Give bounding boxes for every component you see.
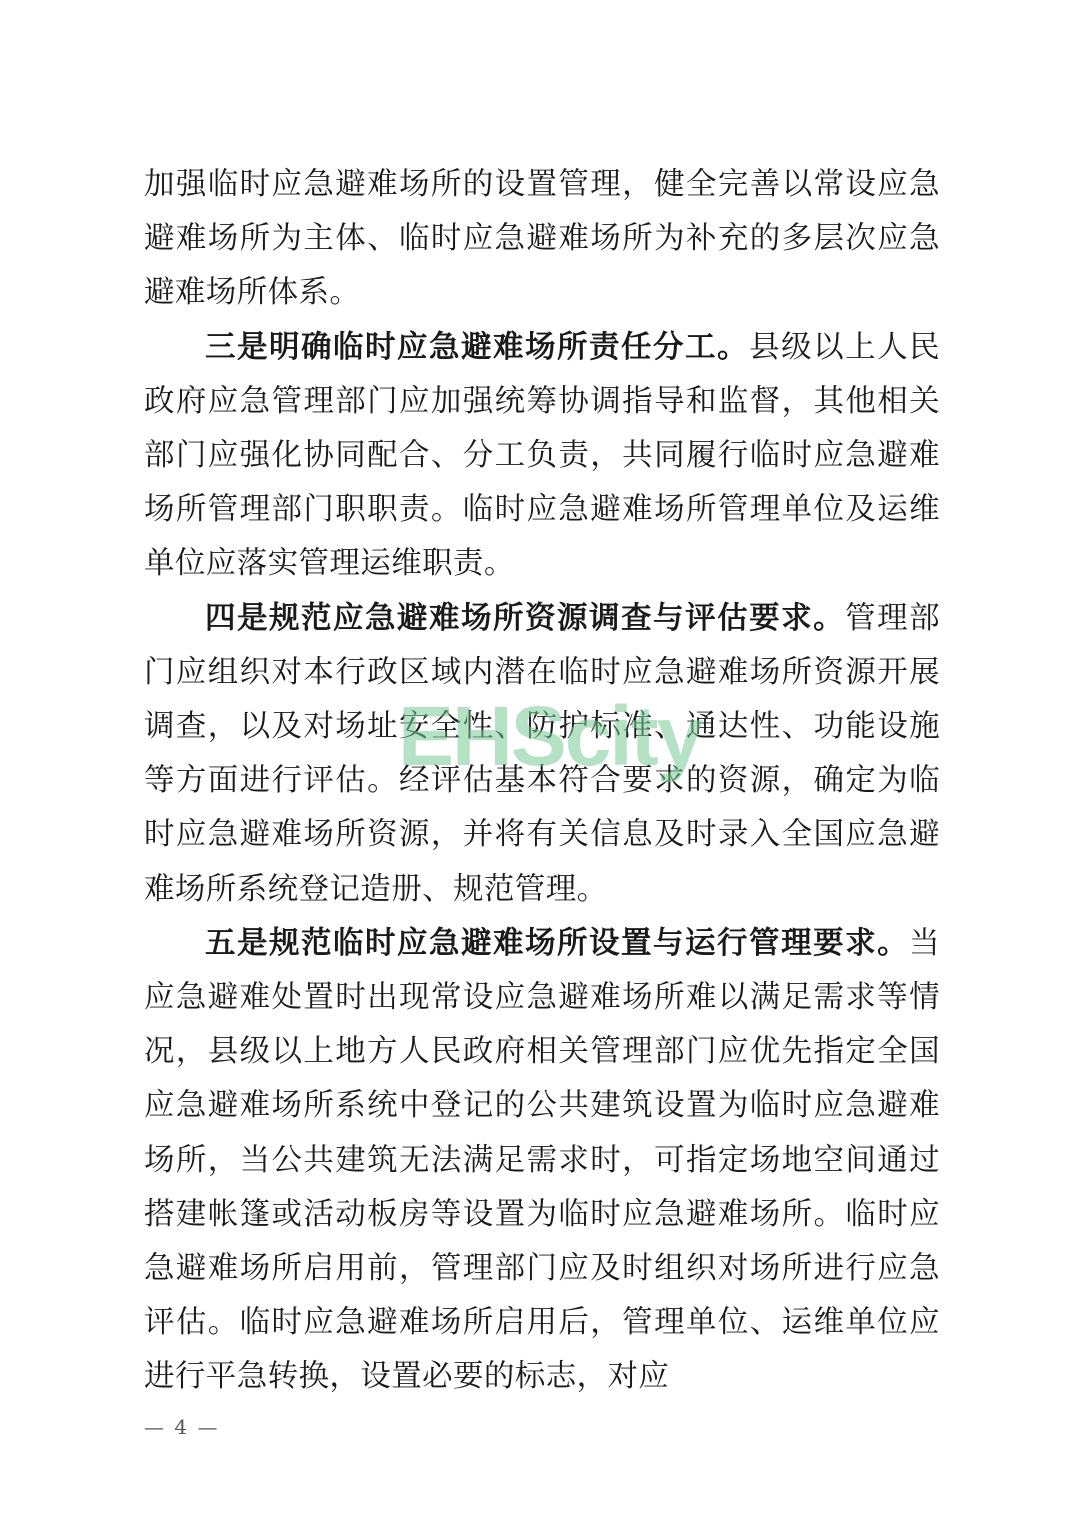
paragraph-section-5: 五是规范临时应急避难场所设置与运行管理要求。当应急避难处置时出现常设应急避难场所… [144, 917, 940, 1405]
paragraph-continuation: 加强临时应急避难场所的设置管理，健全完善以常设应急避难场所为主体、临时应急避难场… [144, 158, 940, 321]
paragraph-section-3: 三是明确临时应急避难场所责任分工。县级以上人民政府应急管理部门应加强统筹协调指导… [144, 321, 940, 592]
paragraph-text: 当应急避难处置时出现常设应急避难场所难以满足需求等情况，县级以上地方人民政府相关… [144, 926, 940, 1395]
document-page: 加强临时应急避难场所的设置管理，健全完善以常设应急避难场所为主体、临时应急避难场… [0, 0, 1080, 1526]
paragraph-text: 管理部门应组织对本行政区域内潜在临时应急避难场所资源开展调查，以及对场址安全性、… [144, 601, 940, 907]
page-number: — 4 — [144, 1415, 219, 1439]
paragraph-text: 县级以上人民政府应急管理部门应加强统筹协调指导和监督，其他相关部门应强化协同配合… [144, 330, 940, 582]
paragraph-section-4: 四是规范应急避难场所资源调查与评估要求。管理部门应组织对本行政区域内潜在临时应急… [144, 592, 940, 917]
paragraph-text: 加强临时应急避难场所的设置管理，健全完善以常设应急避难场所为主体、临时应急避难场… [144, 167, 940, 310]
paragraph-lead: 三是明确临时应急避难场所责任分工。 [205, 330, 749, 365]
paragraph-lead: 五是规范临时应急避难场所设置与运行管理要求。 [205, 926, 909, 961]
document-body: 加强临时应急避难场所的设置管理，健全完善以常设应急避难场所为主体、临时应急避难场… [144, 158, 940, 1405]
paragraph-lead: 四是规范应急避难场所资源调查与评估要求。 [205, 601, 845, 636]
